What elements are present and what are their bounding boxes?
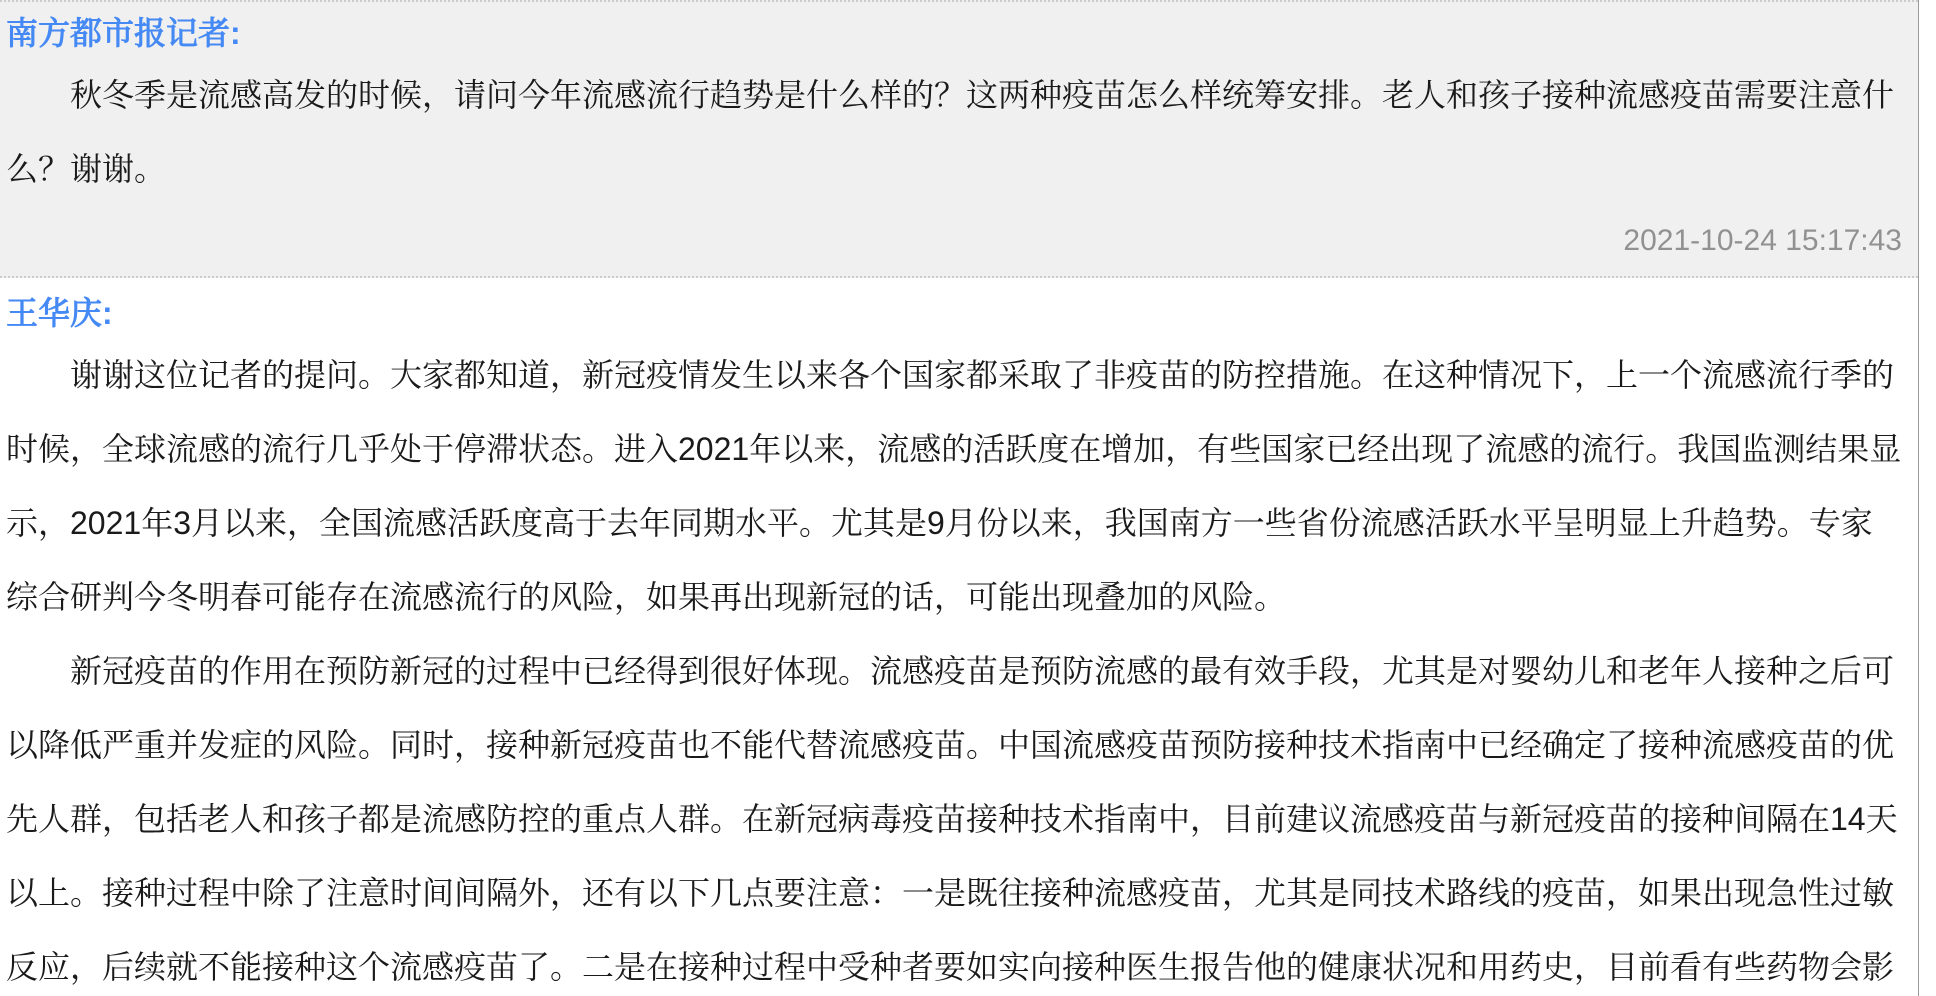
transcript-content: 南方都市报记者: 秋冬季是流感高发的时候，请问今年流感流行趋势是什么样的？这两种… — [0, 0, 1919, 996]
qa-transcript-page: 南方都市报记者: 秋冬季是流感高发的时候，请问今年流感流行趋势是什么样的？这两种… — [0, 0, 1936, 996]
question-timestamp: 2021-10-24 15:17:43 — [6, 206, 1902, 276]
answer-block: 王华庆: 谢谢这位记者的提问。大家都知道，新冠疫情发生以来各个国家都采取了非疫苗… — [0, 278, 1918, 996]
question-text: 秋冬季是流感高发的时候，请问今年流感流行趋势是什么样的？这两种疫苗怎么样统筹安排… — [6, 58, 1902, 206]
answer-speaker: 王华庆: — [6, 288, 1902, 338]
answer-paragraph-1: 谢谢这位记者的提问。大家都知道，新冠疫情发生以来各个国家都采取了非疫苗的防控措施… — [6, 338, 1902, 634]
question-speaker: 南方都市报记者: — [6, 8, 1902, 58]
answer-paragraph-2: 新冠疫苗的作用在预防新冠的过程中已经得到很好体现。流感疫苗是预防流感的最有效手段… — [6, 634, 1902, 996]
question-block: 南方都市报记者: 秋冬季是流感高发的时候，请问今年流感流行趋势是什么样的？这两种… — [0, 0, 1918, 278]
